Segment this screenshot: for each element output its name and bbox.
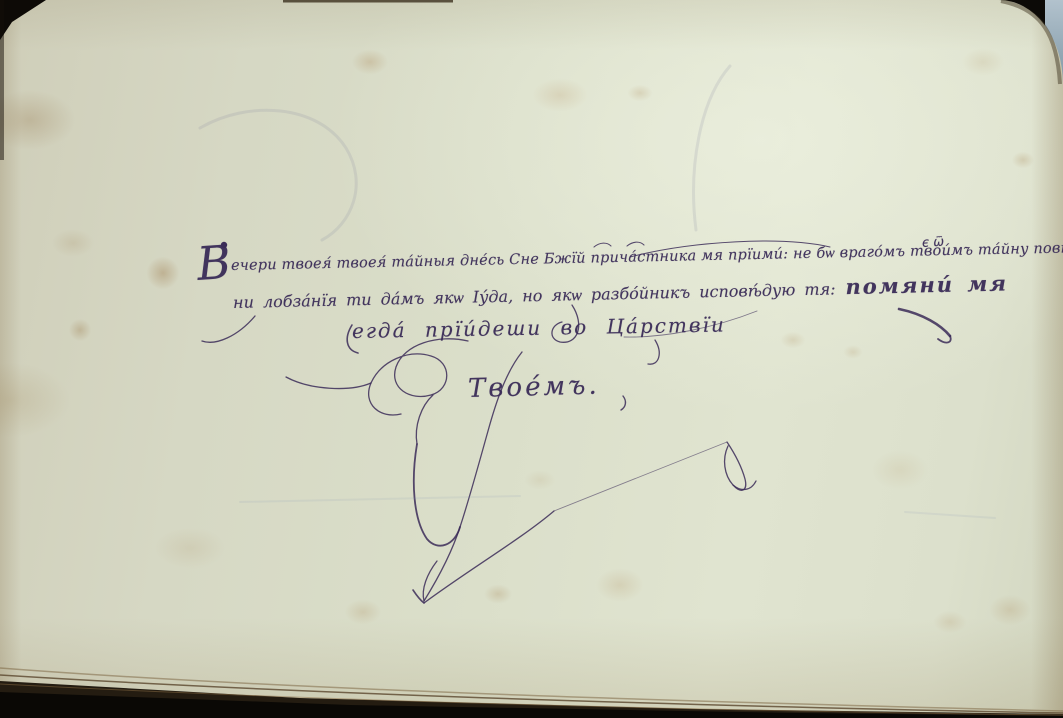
handwritten-line-4: Твое́мъ.: [468, 371, 600, 404]
emphasized-phrase: помяни́ мя: [845, 270, 1008, 299]
marginal-insertion-note: є ѿ: [921, 234, 944, 251]
manuscript-page: [0, 0, 1063, 718]
manuscript-photo: В ечери твоея́ твоея́ та́йныя дне́сь Сне…: [0, 0, 1063, 718]
initial-letter: В: [195, 239, 232, 287]
